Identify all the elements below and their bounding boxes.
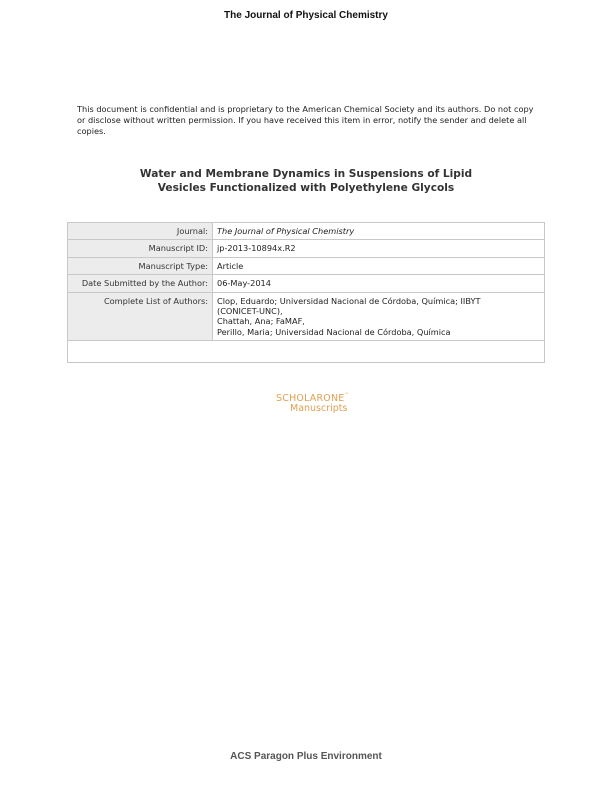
authors-label: Complete List of Authors:	[68, 292, 213, 341]
author-line: Clop, Eduardo; Universidad Nacional de C…	[217, 296, 540, 306]
manuscript-id-label: Manuscript ID:	[68, 240, 213, 257]
title-line-2: Vesicles Functionalized with Polyethylen…	[100, 181, 512, 195]
trademark-mark: ™	[344, 393, 349, 398]
table-row: Manuscript Type: Article	[68, 257, 545, 274]
empty-cell	[68, 341, 545, 363]
author-line: Chattah, Ana; FaMAF,	[217, 316, 540, 326]
title-line-1: Water and Membrane Dynamics in Suspensio…	[100, 167, 512, 181]
table-row: Manuscript ID: jp-2013-10894x.R2	[68, 240, 545, 257]
journal-label: Journal:	[68, 223, 213, 240]
authors-value: Clop, Eduardo; Universidad Nacional de C…	[213, 292, 545, 341]
author-line: Perillo, Maria; Universidad Nacional de …	[217, 327, 540, 337]
empty-row	[68, 341, 545, 363]
date-submitted-label: Date Submitted by the Author:	[68, 275, 213, 292]
table-row: Complete List of Authors: Clop, Eduardo;…	[68, 292, 545, 341]
page-footer: ACS Paragon Plus Environment	[0, 751, 612, 762]
manuscript-id-value: jp-2013-10894x.R2	[213, 240, 545, 257]
journal-value: The Journal of Physical Chemistry	[213, 223, 545, 240]
table-row: Date Submitted by the Author: 06-May-201…	[68, 275, 545, 292]
confidentiality-notice: This document is confidential and is pro…	[77, 104, 542, 137]
manuscript-type-label: Manuscript Type:	[68, 257, 213, 274]
manuscript-type-value: Article	[213, 257, 545, 274]
date-submitted-value: 06-May-2014	[213, 275, 545, 292]
table-row: Journal: The Journal of Physical Chemist…	[68, 223, 545, 240]
author-line: (CONICET-UNC),	[217, 306, 540, 316]
manuscript-metadata-table: Journal: The Journal of Physical Chemist…	[67, 222, 545, 363]
journal-header: The Journal of Physical Chemistry	[0, 10, 612, 21]
scholarone-logo: SCHOLARONE™ Manuscripts	[276, 393, 349, 414]
logo-line-2: Manuscripts	[290, 403, 349, 414]
paper-title: Water and Membrane Dynamics in Suspensio…	[100, 167, 512, 195]
